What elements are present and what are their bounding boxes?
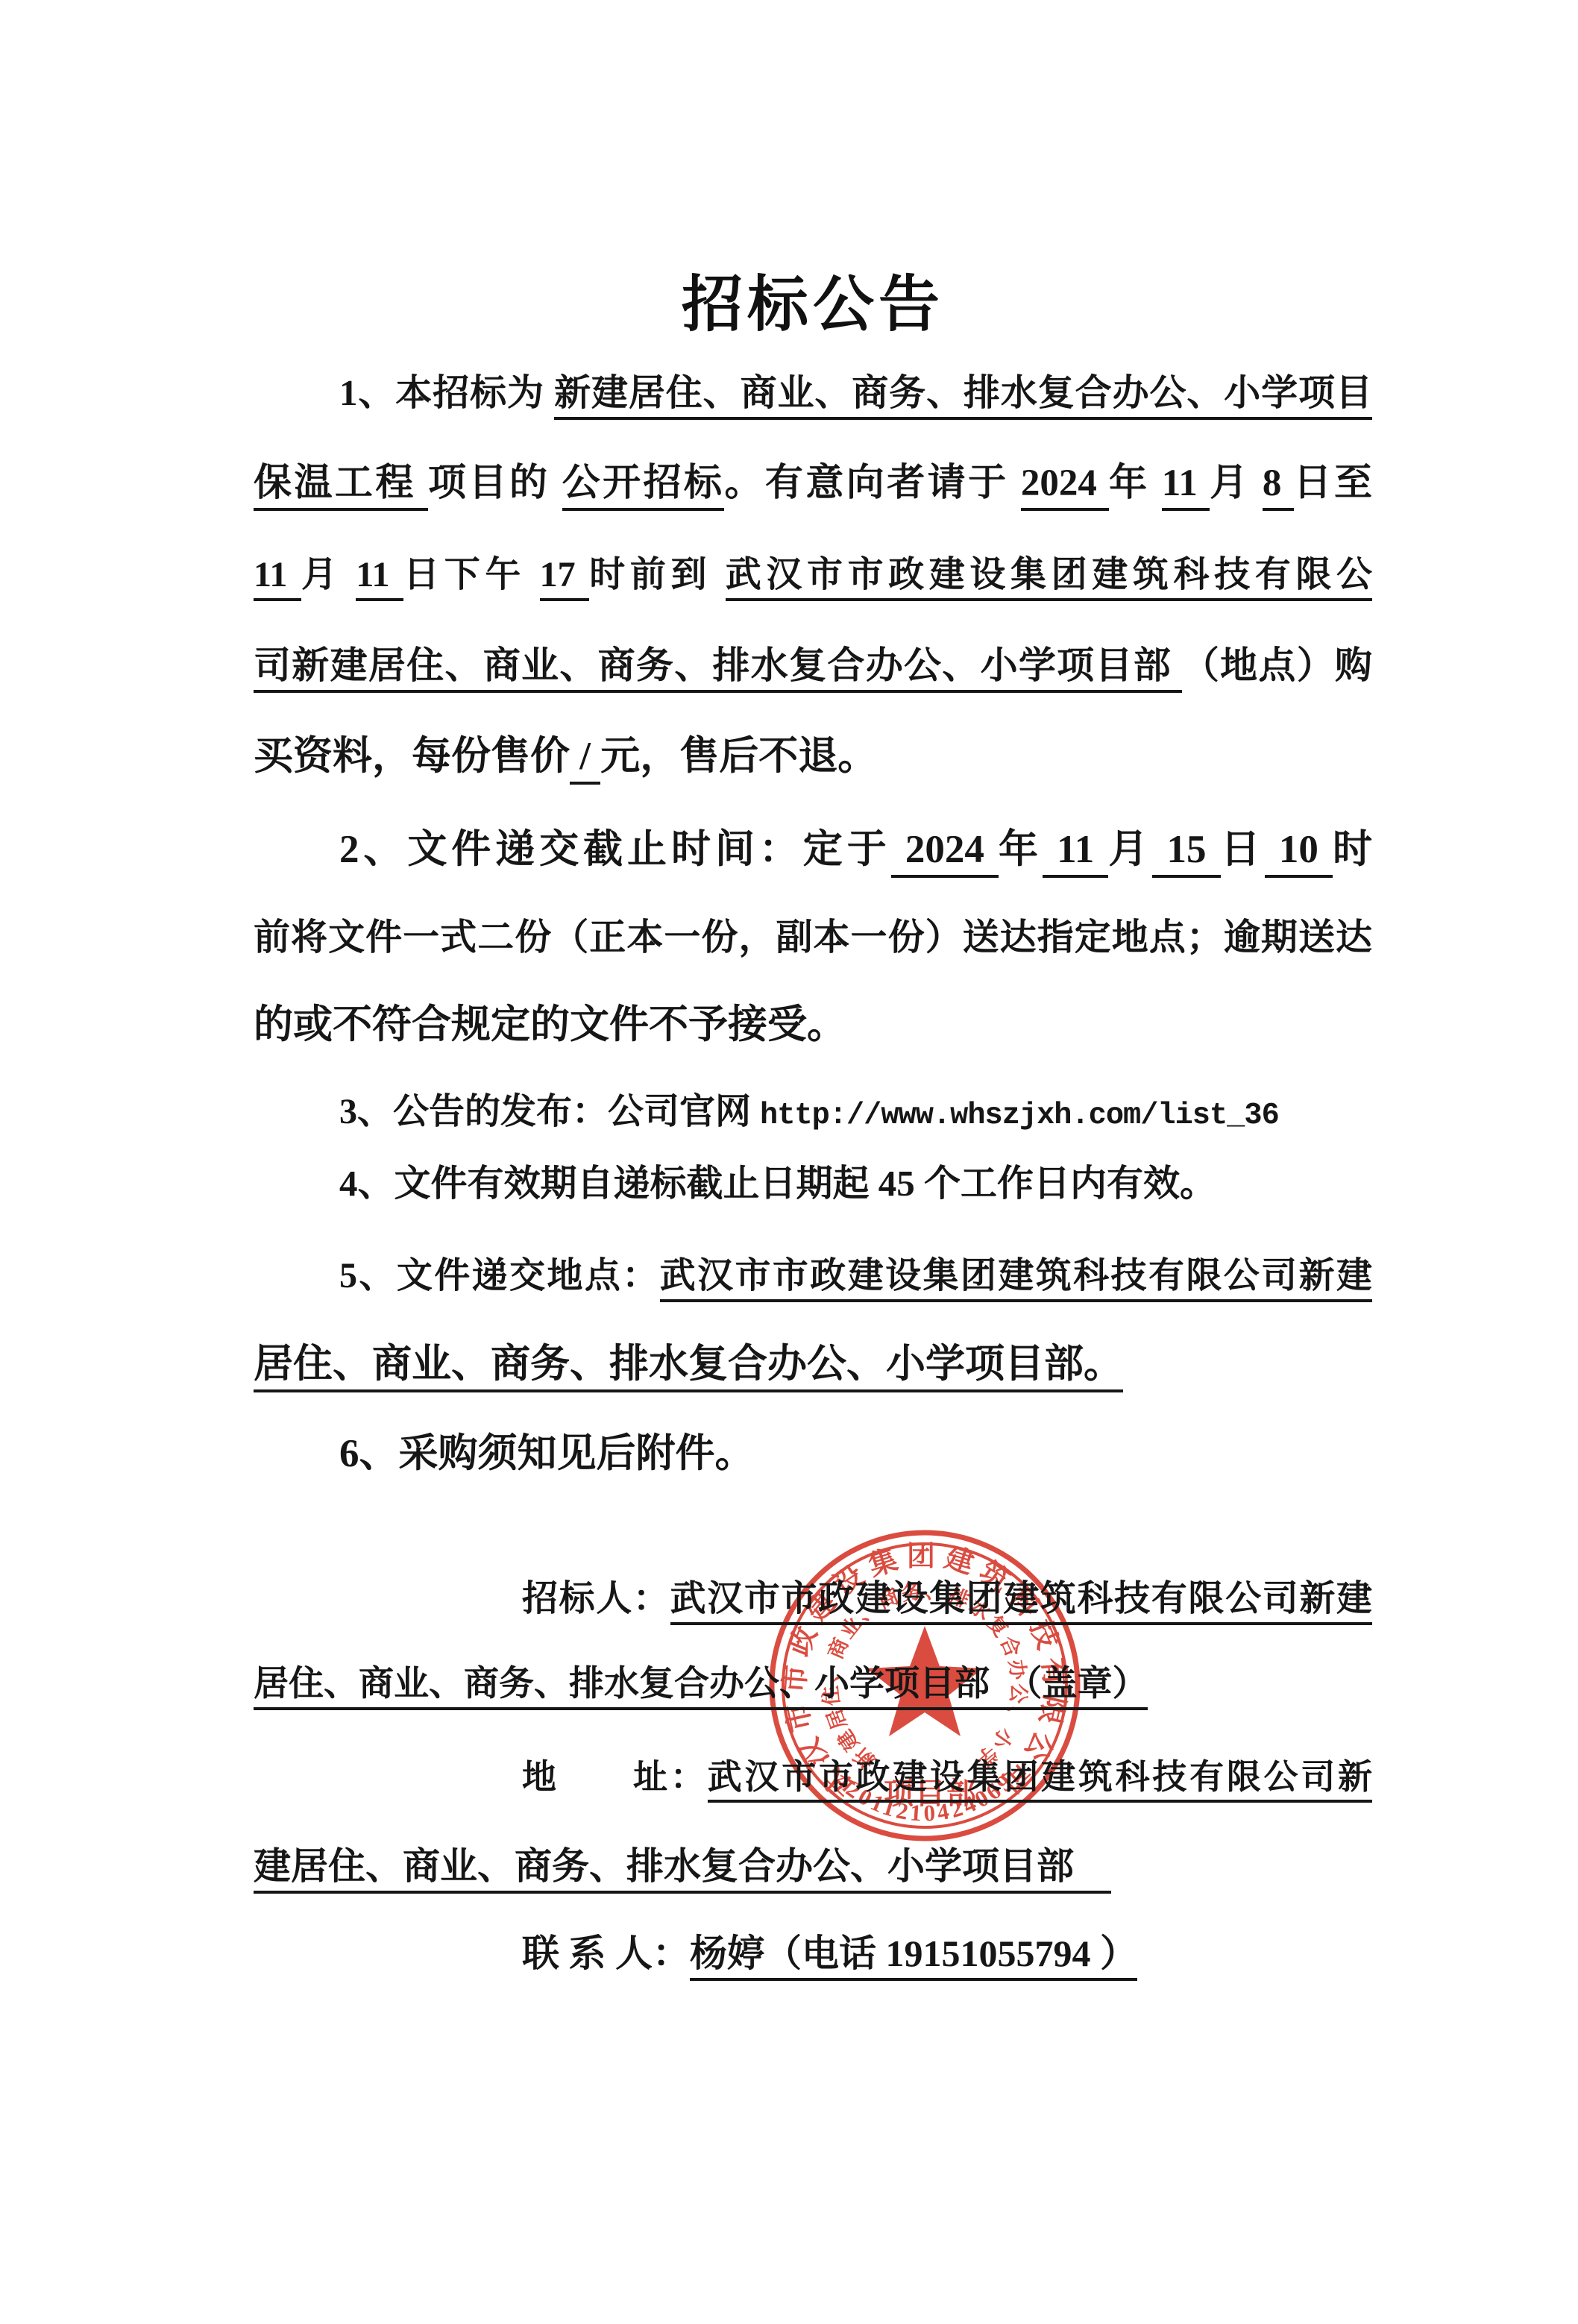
doc-line-8: 的或不符合规定的文件不予接受。 — [254, 999, 846, 1052]
doc-line-14: 招标人：武汉市市政建设集团建筑科技有限公司新建 — [522, 1575, 1372, 1624]
text-segment: http://www.whszjxh.com/list_36 — [760, 1099, 1279, 1133]
filled-blank: 司新建居住、商业、商务、排水复合办公、小学项目部 — [254, 644, 1182, 693]
filled-blank: 居住、商业、商务、排水复合办公、小学项目部。 — [254, 1342, 1123, 1392]
doc-line-5: 买资料，每份售价 / 元，售后不退。 — [254, 730, 877, 784]
text-segment: 4、文件有效期自递标截止日期起 45 个工作日内有效。 — [339, 1163, 1216, 1204]
doc-line-12: 居住、商业、商务、排水复合办公、小学项目部。 — [254, 1338, 1123, 1392]
text-segment: 日下午 — [403, 555, 539, 594]
filled-blank: 11 — [1162, 462, 1210, 511]
filled-blank: 17 — [540, 555, 590, 601]
text-segment: 的或不符合规定的文件不予接受。 — [254, 1003, 846, 1046]
filled-blank: 武汉市市政建设集团建筑科技有限公司新建 — [660, 1256, 1372, 1302]
text-segment: 5、文件递交地点： — [339, 1256, 660, 1296]
doc-line-18: 联 系 人：杨婷（电话 19151055794 ） — [522, 1929, 1137, 1979]
doc-line-2: 保温工程 项目的 公开招标。有意向者请于 2024 年 11 月 8 日至 — [254, 458, 1372, 509]
text-segment: （地点）购 — [1182, 644, 1372, 686]
filled-blank: 8 — [1263, 462, 1294, 511]
doc-line-17: 建居住、商业、商务、排水复合办公、小学项目部 — [254, 1841, 1111, 1892]
doc-line-13: 6、采购须知见后附件。 — [339, 1428, 755, 1481]
text-segment: 3、公告的发布：公司官网 — [339, 1092, 760, 1131]
text-segment: 月 — [1108, 828, 1152, 871]
text-segment: 年 — [999, 828, 1043, 871]
doc-line-15: 居住、商业、商务、排水复合办公、小学项目部 （盖章） — [254, 1661, 1148, 1708]
filled-blank: / — [570, 735, 600, 785]
filled-blank: 建居住、商业、商务、排水复合办公、小学项目部 — [254, 1845, 1111, 1894]
doc-line-11: 5、文件递交地点：武汉市市政建设集团建筑科技有限公司新建 — [339, 1252, 1372, 1301]
text-segment: 。有意向者请于 — [724, 462, 1020, 504]
filled-blank: 杨婷（电话 19151055794 ） — [690, 1932, 1137, 1981]
text-segment: 前将文件一式二份（正本一份，副本一份）送达指定地点；逾期送达 — [254, 917, 1372, 958]
doc-line-4: 司新建居住、商业、商务、排水复合办公、小学项目部 （地点）购 — [254, 641, 1372, 691]
filled-blank: 保温工程 — [254, 462, 428, 511]
filled-blank: 11 — [254, 555, 301, 601]
doc-line-10: 4、文件有效期自递标截止日期起 45 个工作日内有效。 — [339, 1159, 1216, 1208]
text-segment: 日至 — [1294, 462, 1372, 504]
text-segment: 元，售后不退。 — [600, 735, 877, 778]
text-segment: 2、文件递交截止时间：定于 — [339, 828, 891, 871]
filled-blank: 10 — [1265, 828, 1333, 878]
text-segment: 6、采购须知见后附件。 — [339, 1432, 755, 1475]
doc-line-7: 前将文件一式二份（正本一份，副本一份）送达指定地点；逾期送达 — [254, 913, 1372, 962]
doc-line-6: 2、文件递交截止时间：定于 2024 年 11 月 15 日 10 时 — [339, 823, 1372, 877]
filled-blank: 15 — [1152, 828, 1220, 878]
filled-blank: 11 — [1043, 828, 1108, 878]
doc-line-1: 1、本招标为 新建居住、商业、商务、排水复合办公、小学项目 — [339, 368, 1372, 418]
text-segment: 联 系 人： — [522, 1932, 690, 1974]
text-segment: 月 — [1210, 462, 1263, 504]
text-segment: 时前到 — [589, 555, 725, 594]
doc-line-3: 11 月 11 日下午 17 时前到 武汉市市政建设集团建筑科技有限公 — [254, 551, 1372, 600]
doc-line-9: 3、公告的发布：公司官网 http://www.whszjxh.com/list… — [339, 1088, 1279, 1137]
text-segment: 时 — [1333, 828, 1372, 871]
text-segment: 1、本招标为 — [339, 372, 554, 413]
text-segment: 地 址： — [522, 1758, 708, 1796]
text-segment: 月 — [301, 555, 356, 594]
text-segment: 招标人： — [522, 1579, 670, 1618]
filled-blank: 2024 — [1021, 462, 1109, 511]
text-segment: 买资料，每份售价 — [254, 735, 570, 778]
filled-blank: 武汉市市政建设集团建筑科技有限公 — [726, 555, 1372, 601]
doc-line-16: 地 址：武汉市市政建设集团建筑科技有限公司新 — [522, 1754, 1372, 1800]
filled-blank: 新建居住、商业、商务、排水复合办公、小学项目 — [554, 372, 1372, 420]
filled-blank: 2024 — [891, 828, 999, 878]
text-segment: 日 — [1221, 828, 1265, 871]
text-segment: 项目的 — [428, 462, 562, 504]
filled-blank: 武汉市市政建设集团建筑科技有限公司新建 — [670, 1579, 1372, 1625]
text-segment: 年 — [1109, 462, 1162, 504]
filled-blank: 居住、商业、商务、排水复合办公、小学项目部 （盖章） — [254, 1665, 1148, 1710]
scanned-tender-notice-page: 武汉市市政建设集团建筑科技有限公司 新建居住、商业、商务、排水复合办公、小学 项… — [0, 0, 1578, 2324]
filled-blank: 武汉市市政建设集团建筑科技有限公司新 — [708, 1758, 1372, 1803]
page-title: 招标公告 — [254, 256, 1372, 343]
filled-blank: 公开招标 — [562, 462, 725, 511]
filled-blank: 11 — [356, 555, 403, 601]
